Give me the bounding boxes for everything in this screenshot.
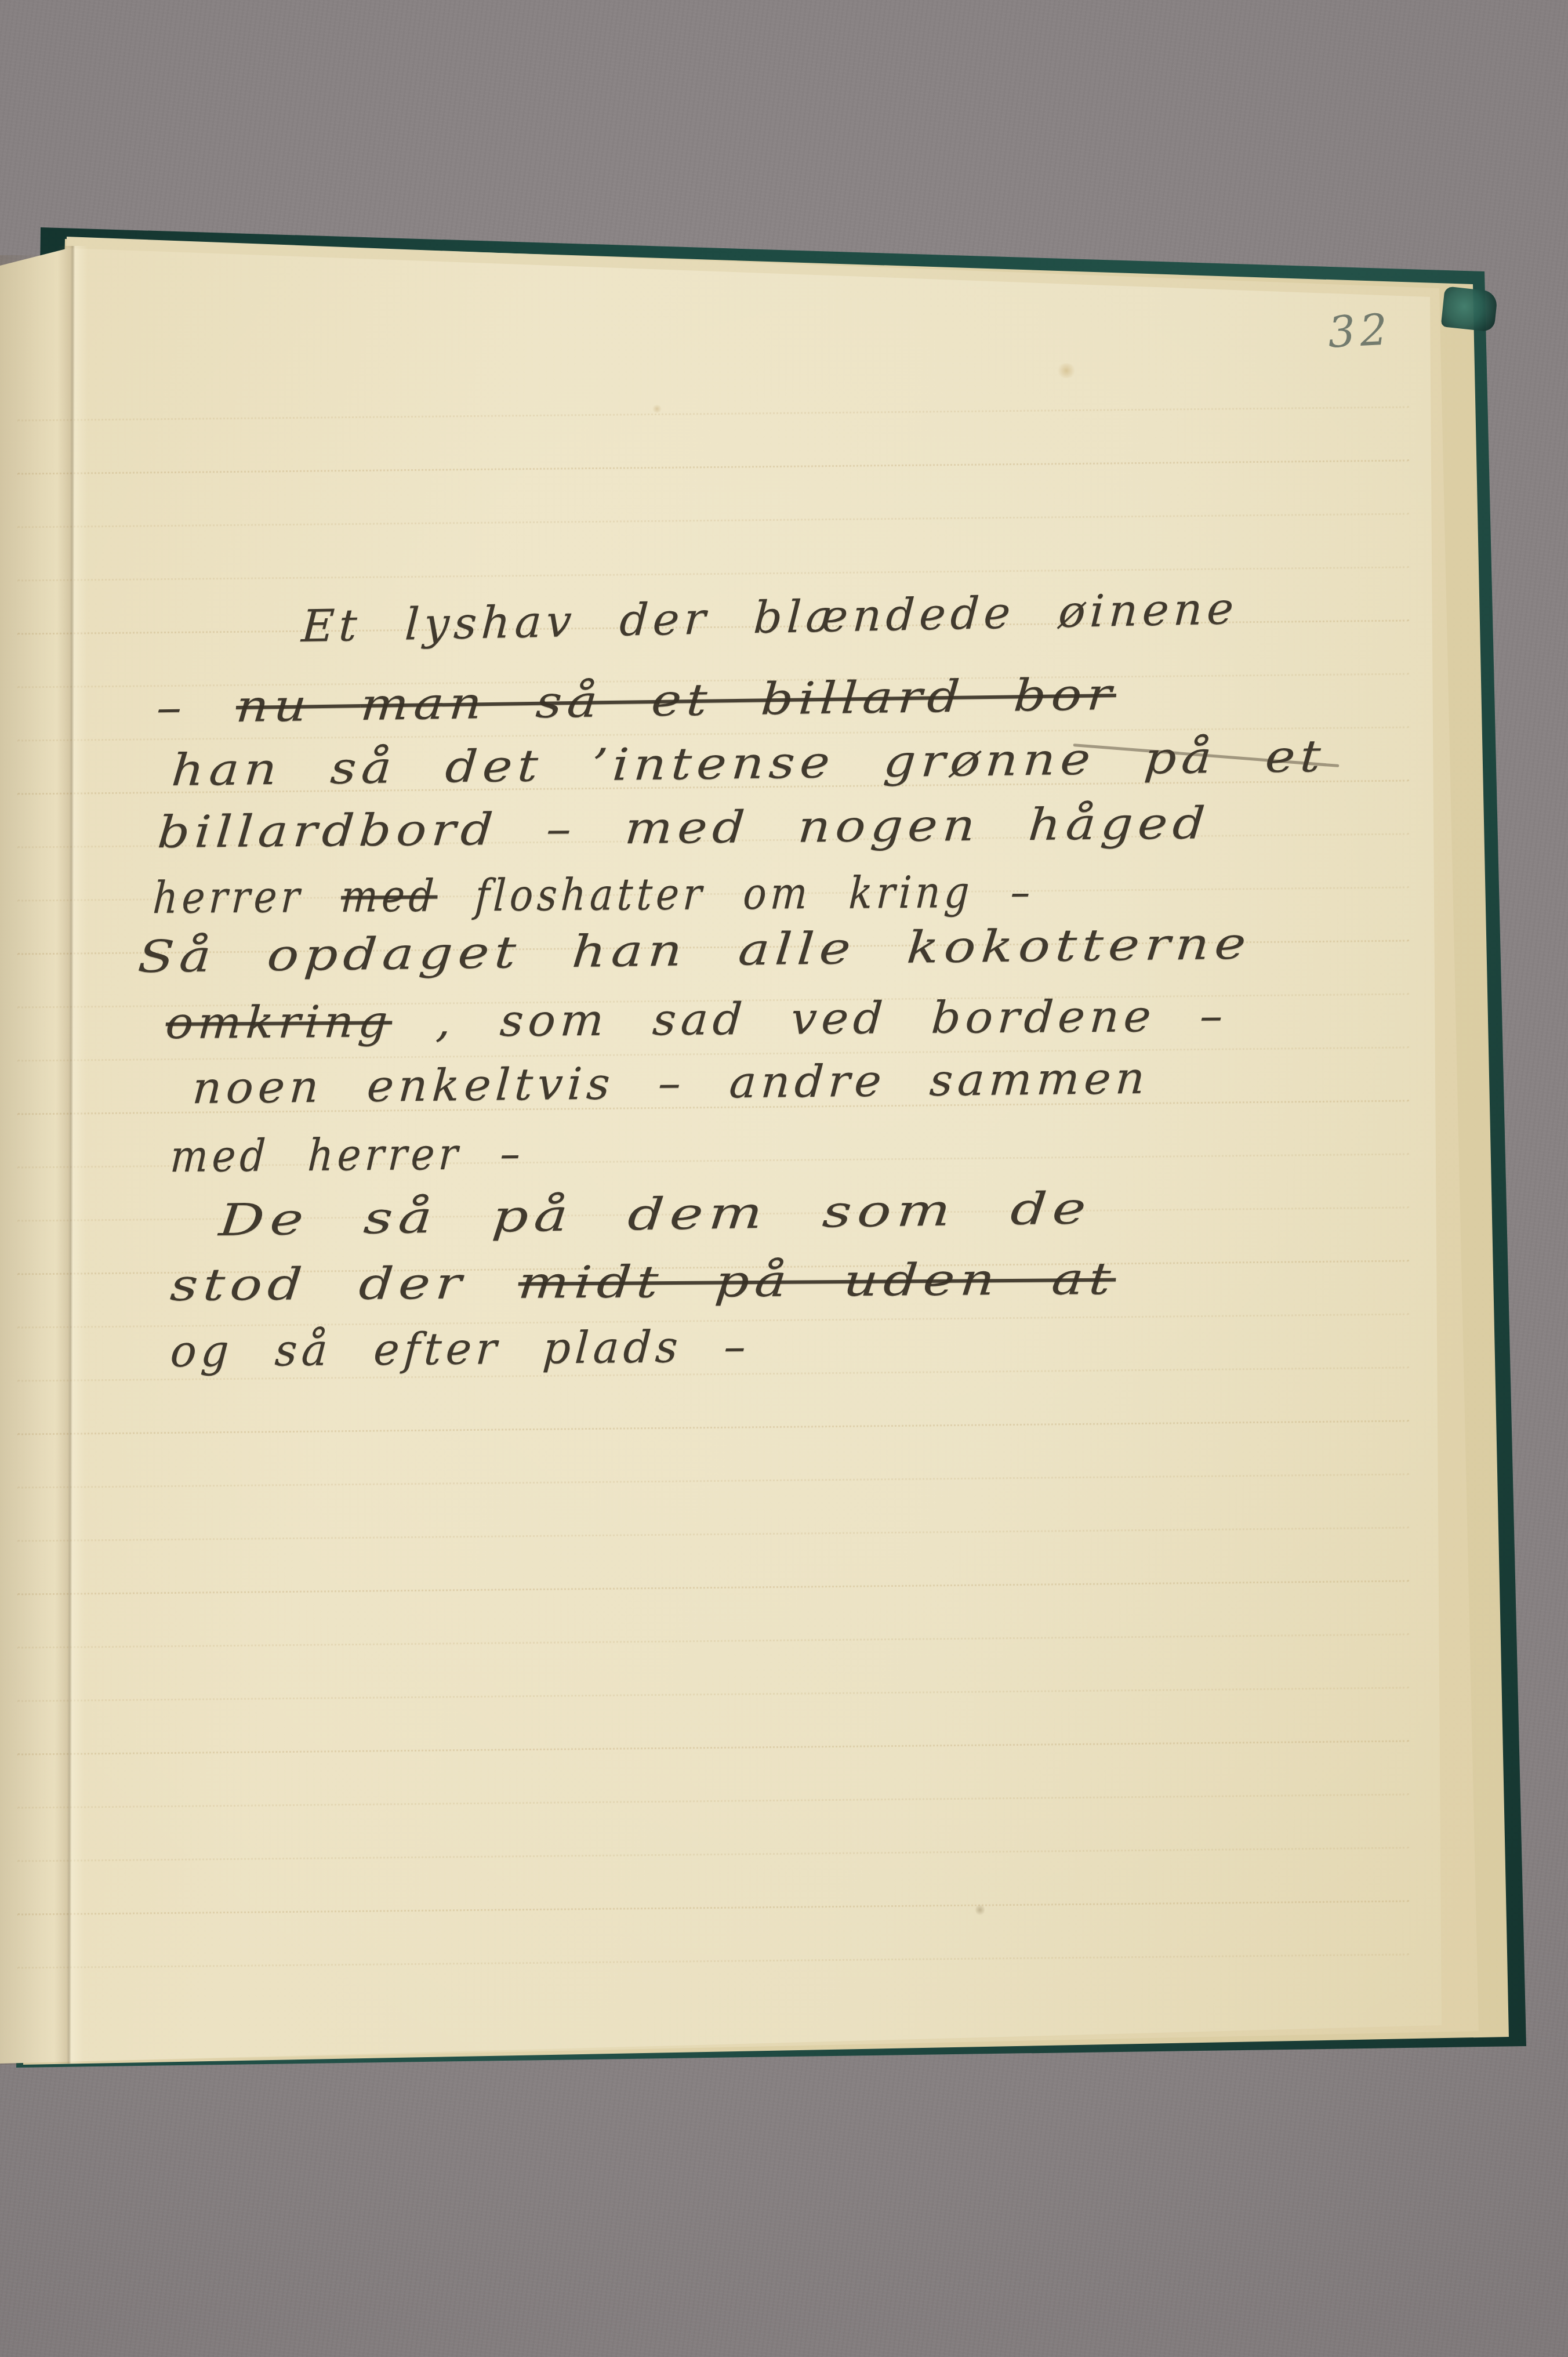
handwriting-segment-struck: med: [340, 870, 439, 922]
handwriting-segment-struck: midt på uden at: [517, 1253, 1118, 1308]
handwriting-segment: , som sad ved bordene –: [390, 989, 1229, 1047]
handwriting-line: han så det ’intense grønne på et: [170, 734, 1327, 792]
handwriting-segment-struck: nu: [234, 679, 362, 732]
handwriting-segment-struck: man så et billard bor: [359, 668, 1118, 730]
handwriting-line: stod der midt på uden at: [169, 1257, 1117, 1307]
handwriting-segment: han så det ’intense grønne på et: [170, 730, 1327, 796]
handwriting-line: og så efter plads –: [169, 1324, 752, 1373]
handwriting-segment: Et lyshav der blændede øinene: [300, 582, 1240, 652]
handwriting-line: noen enkeltvis – andre sammen: [191, 1056, 1151, 1110]
handwriting-segment: –: [155, 680, 238, 733]
handwriting-segment: stod der: [169, 1257, 521, 1311]
page-number: 32: [1327, 304, 1393, 358]
handwriting-line: omkring , som sad ved bordene –: [165, 993, 1229, 1045]
handwriting-segment: Så opdaget han alle kokotterne: [136, 918, 1253, 983]
handwriting-segment: herrer: [152, 871, 343, 923]
handwriting-line: billardbord – med nogen håged: [156, 801, 1211, 854]
handwriting-segment: og så efter plads –: [169, 1320, 752, 1377]
handwriting-line: – nu man så et billard bor: [155, 672, 1117, 730]
handwriting-line: med herrer –: [169, 1132, 525, 1178]
handwriting-segment: billardbord – med nogen håged: [156, 797, 1212, 858]
handwriting-segment: De så på dem som de: [217, 1182, 1094, 1246]
handwriting-line: Så opdaget han alle kokotterne: [136, 922, 1253, 980]
handwriting-line: herrer med floshatter om kring –: [152, 869, 1035, 920]
handwriting-line: Et lyshav der blændede øinene: [300, 586, 1239, 648]
handwriting-segment: floshatter om kring –: [436, 865, 1036, 921]
handwriting-segment: noen enkeltvis – andre sammen: [191, 1052, 1150, 1114]
handwriting-line: De så på dem som de: [217, 1186, 1093, 1242]
photograph-canvas: Et lyshav der blændede øinene– nu man så…: [0, 0, 1568, 2357]
handwriting-segment-struck: omkring: [164, 995, 394, 1049]
handwriting-segment: med herrer –: [169, 1127, 526, 1182]
